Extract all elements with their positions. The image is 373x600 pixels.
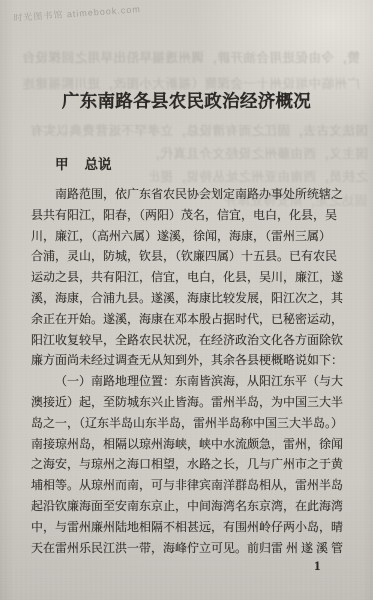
bleedthrough-text: 国法文古去，固江之而有清设总，立孝罕不返营费典以实有 — [6, 121, 368, 139]
text-line: 余正在开始。遂溪，海康在邓本殷占据时代，已秘密运动， — [31, 309, 347, 330]
text-line: 阳江收复较早，全路农民状况，在经济政治文化各方面除钦 — [31, 330, 347, 351]
text-line: 川，廉江，（高州六属）遂溪，徐闻，海康，（雷州三属） — [31, 226, 347, 247]
text-line: 合浦，灵山，防城，钦县，（钦廉四属）十五县。已有农民 — [31, 246, 347, 267]
text-line: 之海安，与琼州之海口相望，水路之长，几与广州市之于黄 — [31, 454, 347, 475]
text-line: 埔相等。从琼州而南，可与非律宾南洋群岛相从，雷州半岛 — [31, 475, 347, 496]
section-heading: 甲总说 — [55, 153, 112, 173]
text-line: 廉方面尚未经过调查无从知到外，其余各县梗概略说如下： — [31, 350, 347, 371]
text-line: 中，与雷州廉州陆地相隔不相甚远，有围州岭仔两小岛，晴 — [31, 517, 347, 538]
text-line: 澳接近）起，至防城东兴止皆海。雷州半岛，为中国三大半 — [31, 392, 347, 413]
text-line: 南路范围，依广东省农民协会划定南路办事处所统辖之 — [31, 184, 347, 205]
text-line: 县共有阳江，阳春，（两阳）茂名，信宜，电白，化县，吴 — [31, 205, 347, 226]
bleedthrough-text: 国主义，西由藤州之设经文介且真代，母相以具用，各州 — [150, 144, 368, 162]
text-line: 南接琼州岛，相隔以琼州海峡，峡中水流颇急，雷州，徐闻 — [31, 434, 347, 455]
bleedthrough-text: 赞，令由促进用合油开辟，调州透福早沿出早用之回探设台 — [16, 48, 360, 66]
text-line: 运动之县，共有阳江，信宜，电白，化县，吴川，廉江，遂 — [31, 267, 347, 288]
text-line: 溪，海康，合浦九县。遂溪，海康比较发展，阳江次之，其 — [31, 288, 347, 309]
watermark: 时光图书馆 atimebook.com — [13, 2, 141, 24]
text-line: 岛之一，（辽东半岛山东半岛，雷州半岛称中国三大半岛。） — [31, 413, 347, 434]
section-label: 甲 — [55, 157, 69, 172]
document-body: 南路范围，依广东省农民协会划定南路办事处所统辖之 县共有阳江，阳春，（两阳）茂名… — [31, 184, 347, 558]
bleedthrough-text: 之扶员，西南由亚州之址丛待说，提出国实贴，不可）画用 — [150, 167, 368, 185]
text-line: 起沿钦廉海面至安南东京止，中间海湾名东京湾，在此海湾 — [31, 496, 347, 517]
section-title: 总说 — [85, 157, 112, 172]
text-line: （一）南路地理位置：东南皆滨海，从阳江东平（与大 — [31, 371, 347, 392]
page-number: 1 — [314, 558, 321, 574]
text-line: 天在雷州乐民江洪一带，海峰佇立可见。前归雷 州 遂 溪 管 — [31, 538, 347, 559]
scanned-page: 时光图书馆 atimebook.com 赞，令由促进用合油开辟，调州透福早沿出早… — [0, 0, 373, 600]
document-title: 广东南路各县农民政治经济概况 — [0, 88, 373, 113]
